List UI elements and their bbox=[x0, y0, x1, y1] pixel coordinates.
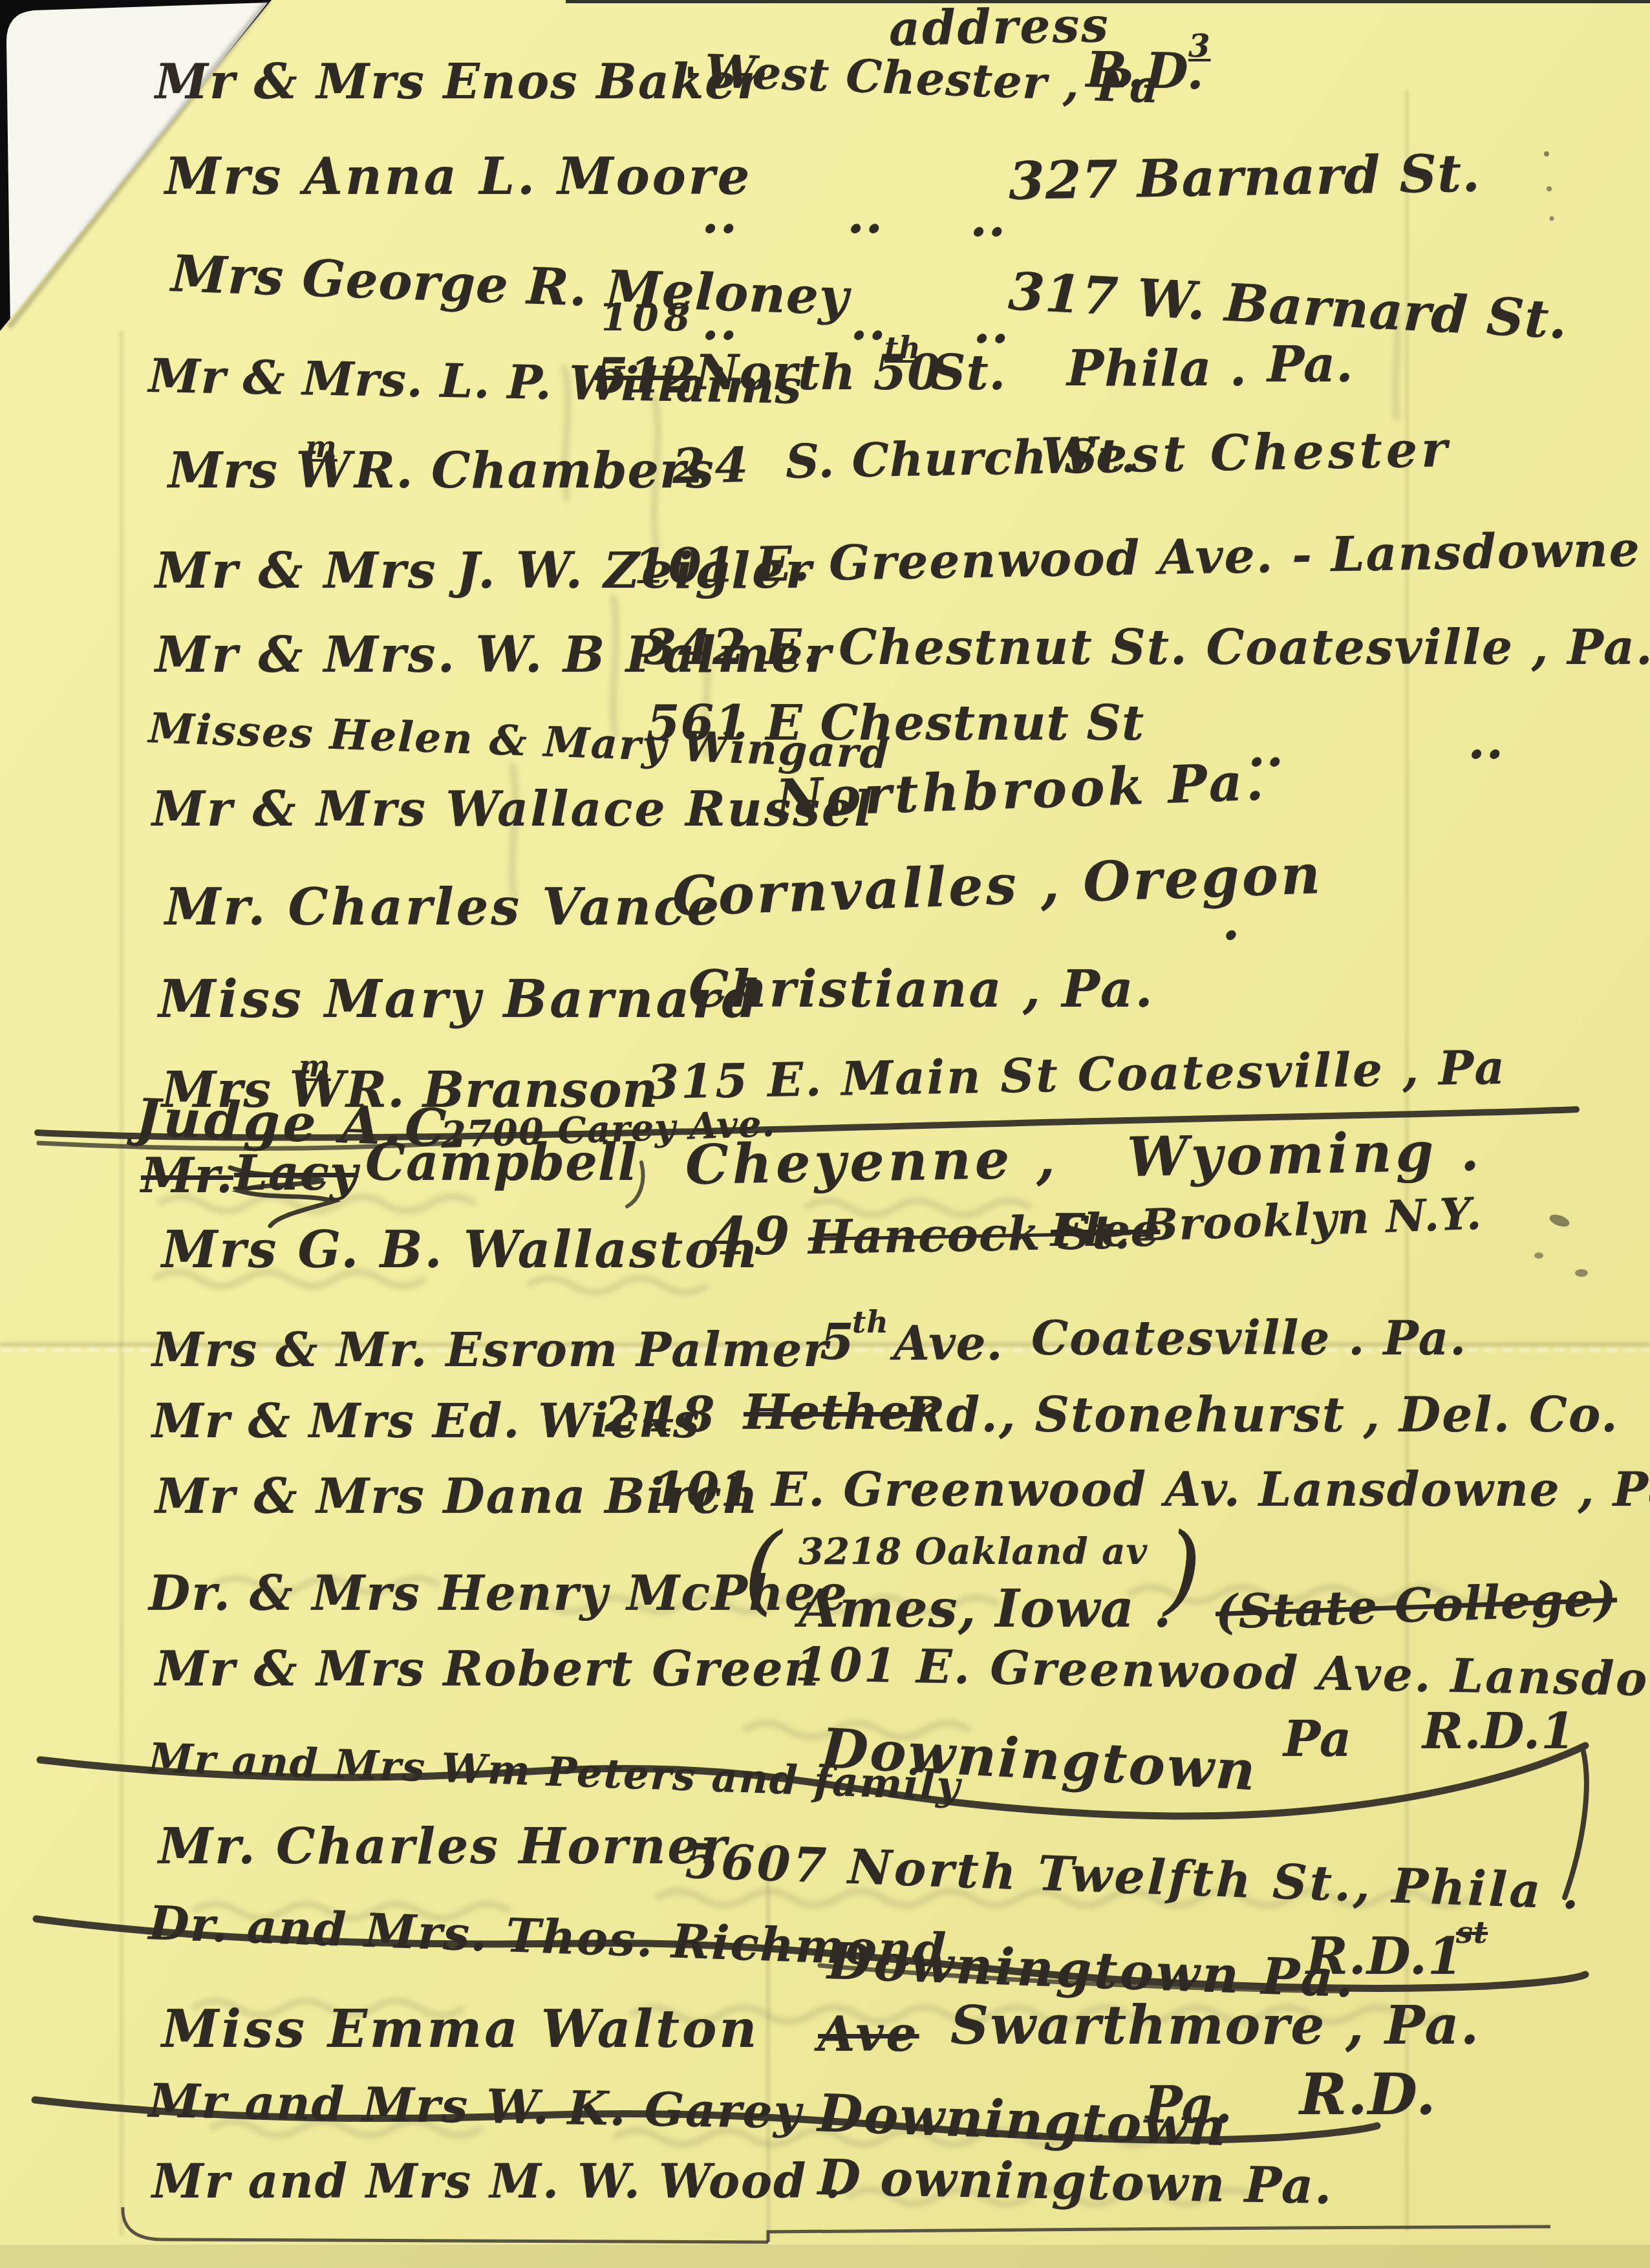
crossed-out-word: Lacy bbox=[234, 1150, 358, 1197]
entry-address: 327 Barnard St. bbox=[1008, 147, 1481, 207]
ink-tick: ' bbox=[684, 61, 698, 104]
ditto-mark: .. bbox=[970, 194, 1006, 244]
entry-address-number: 248 bbox=[605, 1391, 720, 1439]
superscript: th bbox=[884, 333, 921, 363]
superscript: m bbox=[299, 1051, 331, 1081]
entry-address: 561 E Chestnut St bbox=[647, 700, 1144, 747]
entry-address-rd: R.D. bbox=[1086, 45, 1205, 96]
entry-name: Mrs Anna L. Moore bbox=[165, 152, 752, 202]
entry-address: 315 E. Main St Coatesville , Pa bbox=[646, 1044, 1506, 1106]
superscript-crossed-out: st bbox=[1456, 1918, 1488, 1947]
superscript: th bbox=[852, 1307, 889, 1337]
superscript: 3 bbox=[1188, 31, 1210, 62]
bracket-open: ( bbox=[744, 1521, 782, 1618]
corrected-number: 108 bbox=[601, 299, 695, 336]
entry-address: R.D. bbox=[1300, 2066, 1437, 2123]
entry-address: Rd., Stonehurst , Del. Co. bbox=[905, 1391, 1619, 1439]
ditto-mark: .. bbox=[850, 297, 886, 348]
entry-address: Ave. bbox=[894, 1320, 1003, 1367]
entry-name: R. Chambers bbox=[354, 446, 714, 495]
entry-address-crossed-out: R.D.1 bbox=[1422, 1707, 1576, 1756]
ink-dot: . bbox=[1222, 895, 1241, 947]
entry-address-crossed-out: Pa. bbox=[1144, 2081, 1233, 2131]
entry-name: Mr. Charles Vance bbox=[165, 883, 722, 933]
entry-name: Mr. Charles Horner bbox=[158, 1822, 729, 1871]
inserted-correction: 3218 Oakland av bbox=[798, 1534, 1148, 1570]
entry-address: St. bbox=[931, 349, 1006, 397]
entry-name: Mr & Mrs Enos Baker bbox=[155, 58, 763, 106]
entry-address: Phila . bbox=[1067, 344, 1247, 393]
entry-address: Ames, Iowa . bbox=[798, 1583, 1172, 1634]
entry-address: 101 E. Greenwood Av. Lansdowne , Pa bbox=[653, 1466, 1650, 1513]
entry-address-number: 24 bbox=[672, 442, 757, 491]
ditto-mark: .. bbox=[973, 301, 1009, 351]
entry-address-number: 5 bbox=[820, 1318, 855, 1367]
entry-address: West Chester bbox=[1040, 425, 1451, 481]
entry-name: Mrs G. B. Wallaston bbox=[162, 1225, 759, 1276]
entry-address-number: 49 bbox=[711, 1210, 796, 1262]
page-title: address bbox=[888, 1, 1110, 53]
entry-name: Mrs & Mr. Esrom Palmer bbox=[152, 1327, 829, 1373]
entry-address: Pa. bbox=[1267, 340, 1354, 389]
crossed-out-word: Ave bbox=[818, 2011, 919, 2059]
entry-address: Brooklyn N.Y. bbox=[1141, 1192, 1483, 1248]
bracket-close: ) bbox=[1164, 1521, 1203, 1618]
entry-address: D owningtown Pa. bbox=[817, 2153, 1333, 2211]
entry-address: Cheyenne , Wyoming . bbox=[685, 1124, 1483, 1192]
entry-address: Coatesville . Pa. bbox=[1031, 1315, 1467, 1362]
ditto-mark: .. bbox=[702, 297, 738, 348]
superscript: m bbox=[305, 432, 337, 462]
entry-address-crossed-out: Pa bbox=[1283, 1715, 1352, 1764]
entry-name-crossed-out: Mr and Mrs W. K. Garey bbox=[148, 2077, 802, 2135]
ditto-mark: .. bbox=[702, 191, 738, 241]
entry-address: Northbrook Pa. bbox=[775, 756, 1268, 824]
entry-name: Miss Emma Walton bbox=[162, 2003, 759, 2055]
entry-name: Mr and Mrs M. W. Wood . bbox=[152, 2158, 842, 2205]
crossed-out-address: (State College) bbox=[1215, 1575, 1618, 1636]
scanned-address-list-page: address Mr & Mrs Enos Baker ' West Chest… bbox=[0, 0, 1650, 2268]
entry-address: Christiana , Pa. bbox=[689, 965, 1155, 1015]
entry-name: Mr & Mrs Robert Green bbox=[155, 1645, 820, 1693]
crossed-out-word: Mr. bbox=[141, 1152, 233, 1200]
ditto-mark: .. bbox=[1468, 716, 1504, 767]
entry-address-crossed-out: R.D.1 bbox=[1306, 1932, 1463, 1982]
entry-name: Miss Mary Barnard bbox=[158, 973, 760, 1025]
entry-address: 342 E. Chestnut St. Coatesville , Pa. bbox=[643, 624, 1650, 672]
ditto-mark: .. bbox=[847, 191, 883, 241]
entry-name: Mr & Mrs Wallace Russel bbox=[152, 786, 874, 833]
entry-address: Swarthmore , Pa. bbox=[950, 1999, 1480, 2052]
